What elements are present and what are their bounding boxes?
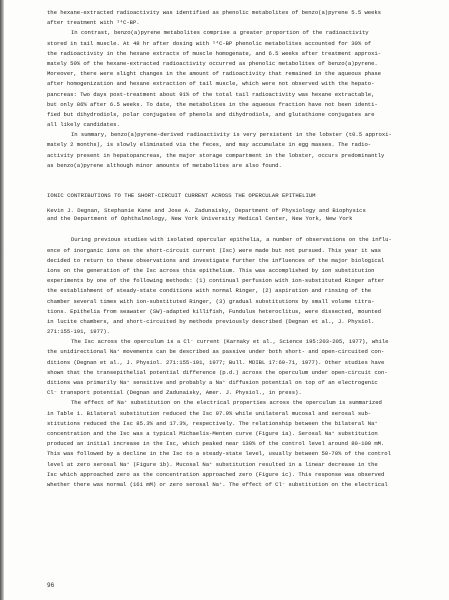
text-line: Cl⁻ transport potential (Degnan and Zadu… xyxy=(47,388,442,398)
text-line: ions on the generation of the Isc across… xyxy=(47,266,442,276)
section-heading: IONIC CONTRIBUTIONS TO THE SHORT-CIRCUIT… xyxy=(47,191,442,201)
text-line: fied but dihydrodiols, polar conjugates … xyxy=(47,110,442,120)
text-line: The effect of Na⁺ substitution on the el… xyxy=(47,398,442,408)
document-page: the hexane-extracted radioactivity was i… xyxy=(47,8,442,490)
author-line: and the Department of Ophthalmology, New… xyxy=(47,215,442,223)
text-line: activity present in hepatopancreas, the … xyxy=(47,151,442,161)
text-line: In summary, benzo(a)pyrene-derived radio… xyxy=(47,130,442,140)
text-line: mately 50% of the hexane-extracted radio… xyxy=(47,59,442,69)
text-line: 271:155-191, 1977). xyxy=(47,327,442,337)
text-line: stored in tail muscle. At 48 hr after do… xyxy=(47,39,442,49)
text-line: ence of inorganic ions on the short-circ… xyxy=(47,246,442,256)
page-binding-edge xyxy=(0,0,4,600)
section-ionic-contributions: During previous studies with isolated op… xyxy=(47,235,442,490)
text-line: the establishment of steady-state condit… xyxy=(47,286,442,296)
text-line: as benzo(a)pyrene although minor amounts… xyxy=(47,161,442,171)
text-line: the unidirectional Na⁺ movements can be … xyxy=(47,347,442,357)
text-line: but only 86% after 6.5 weeks. To date, t… xyxy=(47,100,442,110)
page-number: 96 xyxy=(47,582,54,589)
text-line: the radioactivity in the hexane extracts… xyxy=(47,49,442,59)
text-line: Isc which approached zero as the concent… xyxy=(47,470,442,480)
section-benzopyrene: the hexane-extracted radioactivity was i… xyxy=(47,8,442,171)
text-line: the hexane-extracted radioactivity was i… xyxy=(47,8,442,18)
text-line: The Isc across the operculum is a Cl⁻ cu… xyxy=(47,337,442,347)
text-line: tions. Epithelia from seawater (SW)-adap… xyxy=(47,307,442,317)
text-line: ditions (Degnan et al., J. Physiol. 271:… xyxy=(47,358,442,368)
text-line: concentration and the Isc was a typical … xyxy=(47,429,442,439)
text-line: pancreas: Two days post-treatment about … xyxy=(47,90,442,100)
text-line: ditions was primarily Na⁺ sensitive and … xyxy=(47,378,442,388)
author-line: Kevin J. Degnan, Stephanie Kane and Jose… xyxy=(47,207,442,215)
text-line: This was followed by a decline in the Is… xyxy=(47,449,442,459)
text-line: During previous studies with isolated op… xyxy=(47,235,442,245)
text-line: level at zero serosal Na⁺ (Figure 1b). M… xyxy=(47,460,442,470)
text-line: all likely candidates. xyxy=(47,120,442,130)
text-line: Moreover, there were slight changes in t… xyxy=(47,69,442,79)
text-line: after treatment with ¹⁴C-BP. xyxy=(47,18,442,28)
text-line: after homogenization and hexane extracti… xyxy=(47,79,442,89)
text-line: produced an initial increase in the Isc,… xyxy=(47,439,442,449)
author-affiliation: Kevin J. Degnan, Stephanie Kane and Jose… xyxy=(47,207,442,223)
text-line: experiments by one of the following meth… xyxy=(47,276,442,286)
text-line: in lucite chambers, and short-circuited … xyxy=(47,317,442,327)
text-line: in Table 1. Bilateral substitution reduc… xyxy=(47,409,442,419)
text-line: mately 2 months), is slowly eliminated v… xyxy=(47,140,442,150)
text-line: whether there was normal (161 mM) or zer… xyxy=(47,480,442,490)
text-line: chamber several times with ion-substitut… xyxy=(47,297,442,307)
text-line: decided to return to these observations … xyxy=(47,256,442,266)
text-line: shown that the transepithelial potential… xyxy=(47,368,442,378)
text-line: In contrast, benzo(a)pyrene metabolites … xyxy=(47,28,442,38)
text-line: stitutions reduced the Isc 85.3% and 17.… xyxy=(47,419,442,429)
